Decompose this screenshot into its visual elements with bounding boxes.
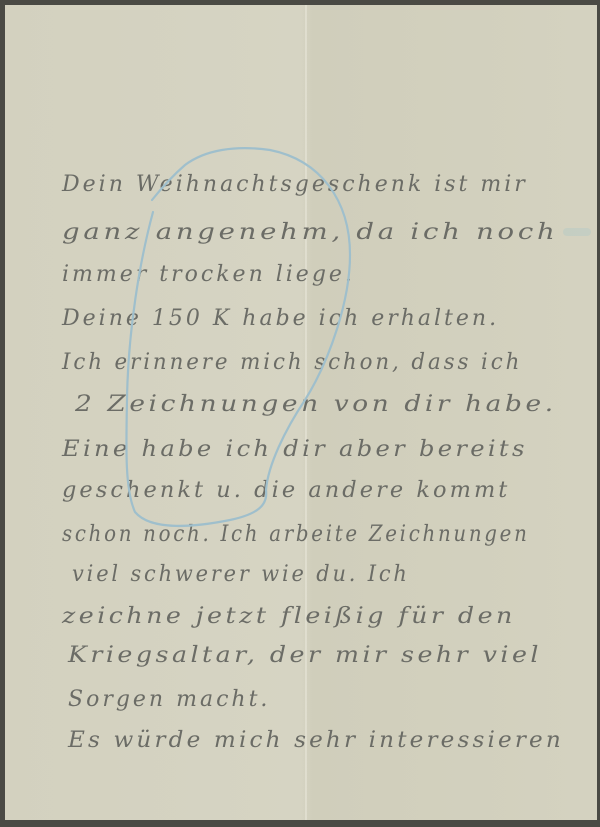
loop-path (126, 148, 350, 526)
ink-smudge (563, 228, 591, 236)
blue-pencil-loop (0, 0, 600, 827)
